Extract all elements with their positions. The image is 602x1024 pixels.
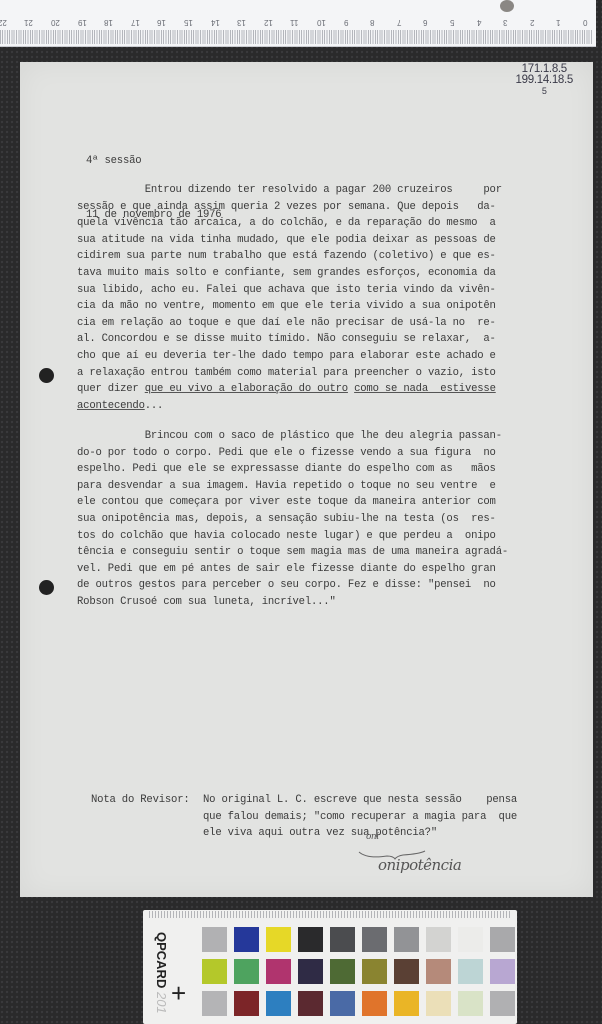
text-line: de outros gestos para perceber o seu cor… — [77, 577, 508, 594]
text-line: Brincou com o saco de plástico que lhe d… — [77, 428, 508, 445]
stamp-line-2: 199.14.18.5 — [516, 75, 573, 86]
card-scale — [149, 911, 511, 918]
text-line: a relaxação entrou também como material … — [77, 365, 502, 382]
measuring-ruler: 012345678910111213141516171819202122 — [0, 0, 596, 47]
color-swatch — [234, 927, 259, 952]
ruler-number: 21 — [24, 18, 33, 27]
ruler-number: 12 — [264, 18, 273, 27]
color-swatch — [330, 991, 355, 1016]
text-line: acontecendo... — [77, 398, 502, 415]
ruler-number: 14 — [211, 18, 220, 27]
text-line: sessão e que ainda assim queria 2 vezes … — [77, 199, 502, 216]
text-line: Entrou dizendo ter resolvido a pagar 200… — [77, 182, 502, 199]
handwritten-insertion: oni — [366, 832, 379, 842]
text-line: para desvendar a sua imagem. Havia repet… — [77, 478, 508, 495]
text-line: sua libido, acho eu. Falei que achava qu… — [77, 282, 502, 299]
reviewer-note-label: Nota do Revisor: — [91, 792, 190, 809]
ruler-number: 15 — [184, 18, 193, 27]
reviewer-note-body: No original L. C. escreve que nesta sess… — [203, 792, 517, 842]
color-swatch — [394, 959, 419, 984]
color-swatch — [266, 991, 291, 1016]
punch-hole — [39, 368, 54, 383]
color-swatch — [394, 927, 419, 952]
archive-stamp: 171.1.8.5 199.14.18.5 5 — [516, 64, 573, 97]
color-swatch — [362, 959, 387, 984]
color-swatch — [458, 959, 483, 984]
ruler-number: 16 — [157, 18, 166, 27]
text-line: cho que aí eu deveria ter-lhe dado tempo… — [77, 348, 502, 365]
color-swatch — [490, 927, 515, 952]
text-line: cia em relação ao toque e que daí ele nã… — [77, 315, 502, 332]
color-swatch — [458, 991, 483, 1016]
color-swatch — [330, 927, 355, 952]
ruler-number: 5 — [450, 18, 454, 27]
ruler-number: 2 — [530, 18, 534, 27]
ruler-number: 0 — [583, 18, 587, 27]
color-swatch — [202, 991, 227, 1016]
paragraph-1: Entrou dizendo ter resolvido a pagar 200… — [77, 182, 502, 414]
color-swatch — [458, 927, 483, 952]
text-line: tência e conseguiu sentir o toque sem ma… — [77, 544, 508, 561]
handwritten-correction: onipotência — [378, 856, 461, 874]
ruler-number: 9 — [344, 18, 348, 27]
text-line: quela vivência tão arcaica, a do colchão… — [77, 215, 502, 232]
color-swatch — [298, 991, 323, 1016]
paragraph-2: Brincou com o saco de plástico que lhe d… — [77, 428, 508, 611]
text-line: sua onipotência mas, depois, a sensação … — [77, 511, 508, 528]
text-line: espelho. Pedi que ele se expressasse dia… — [77, 461, 508, 478]
color-swatch — [266, 959, 291, 984]
ruler-number: 8 — [370, 18, 374, 27]
text-line: tos do colchão que havia colocado neste … — [77, 528, 508, 545]
color-swatch — [234, 959, 259, 984]
text-line: cia da mão no ventre, momento em que ele… — [77, 298, 502, 315]
note-line: que falou demais; "como recuperar a magi… — [203, 809, 517, 826]
color-swatch — [202, 959, 227, 984]
ruler-number: 17 — [131, 18, 140, 27]
stamp-page-number: 5 — [516, 86, 573, 97]
color-swatch — [490, 959, 515, 984]
ruler-number: 1 — [556, 18, 560, 27]
ruler-number: 10 — [317, 18, 326, 27]
ruler-number: 6 — [423, 18, 427, 27]
note-line: ele viva aqui outra vez sua potência?" — [203, 825, 517, 842]
color-swatch — [426, 959, 451, 984]
text-line: quer dizer que eu vivo a elaboração do o… — [77, 381, 502, 398]
ruler-number: 22 — [0, 18, 7, 27]
color-calibration-card: QPCARD 201 + — [143, 910, 517, 1024]
ruler-number: 7 — [397, 18, 401, 27]
text-line: sua atitude na vida tinha mudado, que el… — [77, 232, 502, 249]
color-swatch-grid — [202, 927, 515, 1016]
text-line: tava muito mais solto e confiante, sem g… — [77, 265, 502, 282]
ruler-number: 11 — [290, 18, 298, 27]
ruler-number: 20 — [51, 18, 60, 27]
ruler-ticks — [0, 30, 592, 44]
text-line: Robson Crusoé com sua luneta, incrível..… — [77, 594, 508, 611]
text-line: ele contou que começara por viver este t… — [77, 494, 508, 511]
color-swatch — [362, 927, 387, 952]
ruler-number: 4 — [477, 18, 481, 27]
text-line: cidirem sua parte num trabalho que está … — [77, 248, 502, 265]
ruler-number: 19 — [78, 18, 87, 27]
color-swatch — [202, 927, 227, 952]
session-number: 4ª sessão — [86, 152, 221, 170]
color-swatch — [426, 927, 451, 952]
color-swatch — [362, 991, 387, 1016]
document-page: 171.1.8.5 199.14.18.5 5 4ª sessão 11 de … — [20, 62, 593, 897]
ruler-hole — [500, 0, 514, 12]
color-swatch — [490, 991, 515, 1016]
note-line: No original L. C. escreve que nesta sess… — [203, 792, 517, 809]
color-swatch — [330, 959, 355, 984]
punch-hole — [39, 580, 54, 595]
ruler-number: 3 — [503, 18, 507, 27]
text-line: vel. Pedi que em pé antes de sair ele fi… — [77, 561, 508, 578]
ruler-number: 13 — [237, 18, 246, 27]
ruler-number: 18 — [104, 18, 113, 27]
color-swatch — [298, 927, 323, 952]
text-line: do-o por todo o corpo. Pedi que ele o fi… — [77, 445, 508, 462]
color-swatch — [266, 927, 291, 952]
color-swatch — [426, 991, 451, 1016]
color-swatch — [234, 991, 259, 1016]
color-swatch — [298, 959, 323, 984]
crosshair-icon: + — [171, 980, 186, 1006]
color-swatch — [394, 991, 419, 1016]
text-line: al. Concordou e se disse muito tímido. N… — [77, 331, 502, 348]
